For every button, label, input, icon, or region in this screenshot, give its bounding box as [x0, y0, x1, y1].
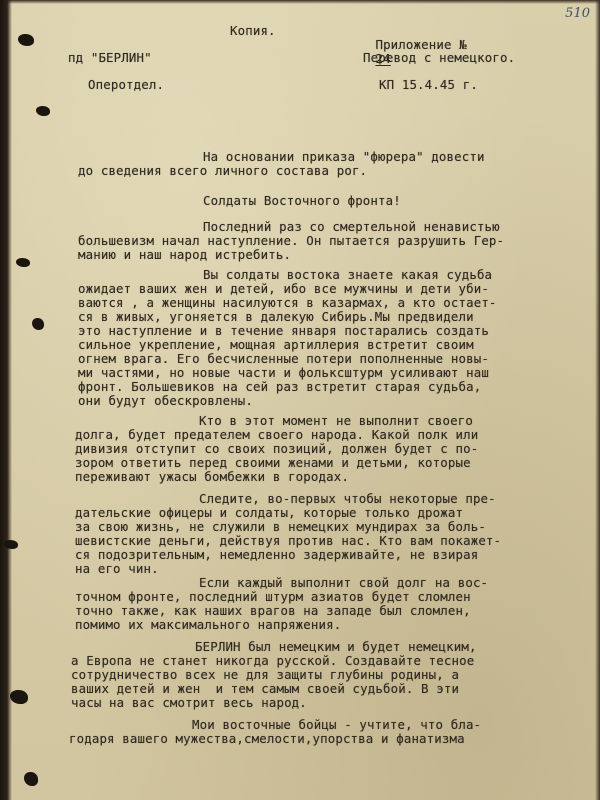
page-right-edge: [595, 0, 600, 800]
department-name: Оперотдел.: [88, 78, 164, 92]
binding-hole: [24, 772, 38, 786]
paragraph-3-line-5: переживают ужасы бомбежки в городах.: [75, 470, 349, 484]
intro-line-2: до сведения всего личного состава рог.: [78, 164, 367, 178]
paragraph-7-line-2: годаря вашего мужества,смелости,упорства…: [69, 732, 465, 746]
paragraph-2-line-10: они будут обескровлены.: [78, 394, 253, 408]
paragraph-1-line-3: манию и наш народ истребить.: [78, 248, 291, 262]
binding-hole: [4, 540, 18, 549]
page-left-burnt-edge: [0, 0, 12, 800]
page-top-edge: [0, 0, 600, 4]
binding-hole: [32, 318, 44, 330]
binding-hole: [36, 106, 50, 116]
paragraph-6-line-5: часы на вас смотрит весь народ.: [71, 696, 307, 710]
binding-hole: [16, 258, 30, 267]
copy-label: Копия.: [230, 24, 276, 38]
translation-note: Перевод с немецкого.: [363, 51, 515, 65]
paragraph-4-line-6: на его чин.: [75, 562, 159, 576]
binding-hole: [10, 690, 28, 704]
handwritten-page-number: 510: [565, 6, 590, 21]
salutation: Солдаты Восточного фронта!: [203, 194, 401, 208]
binding-hole: [18, 34, 34, 46]
paragraph-5-line-4: помимо их максимального напряжения.: [75, 618, 341, 632]
command-post-date: КП 15.4.45 г.: [379, 78, 478, 92]
unit-name: пд "БЕРЛИН": [68, 51, 152, 65]
scanned-document-page: 510 Копия. Приложение № 24 пд "БЕРЛИН" П…: [0, 0, 600, 800]
